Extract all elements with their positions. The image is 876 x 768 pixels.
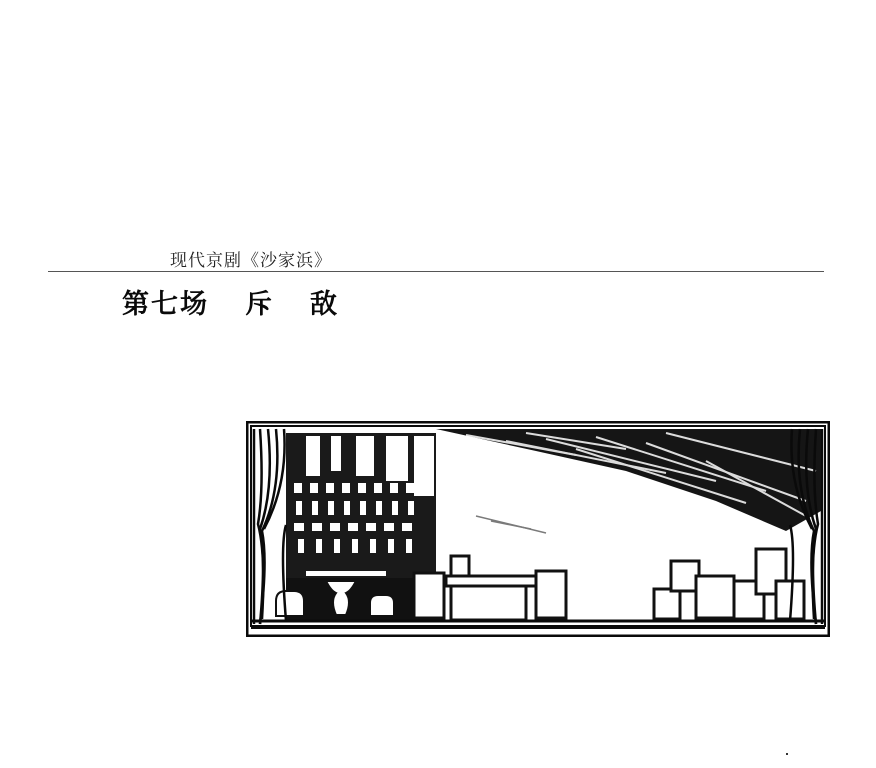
running-head: 现代京剧《沙家浜》: [170, 246, 332, 271]
scene-number: 第七场: [122, 289, 209, 320]
scene-title: 第七场斥敌: [122, 282, 339, 321]
scan-speck: [786, 753, 788, 755]
stage-illustration: [246, 421, 830, 637]
header-rule: [48, 271, 824, 272]
lattice-screen: [286, 433, 436, 578]
scene-title-char-1: 斥: [245, 289, 274, 320]
scene-title-char-2: 敌: [310, 289, 339, 320]
